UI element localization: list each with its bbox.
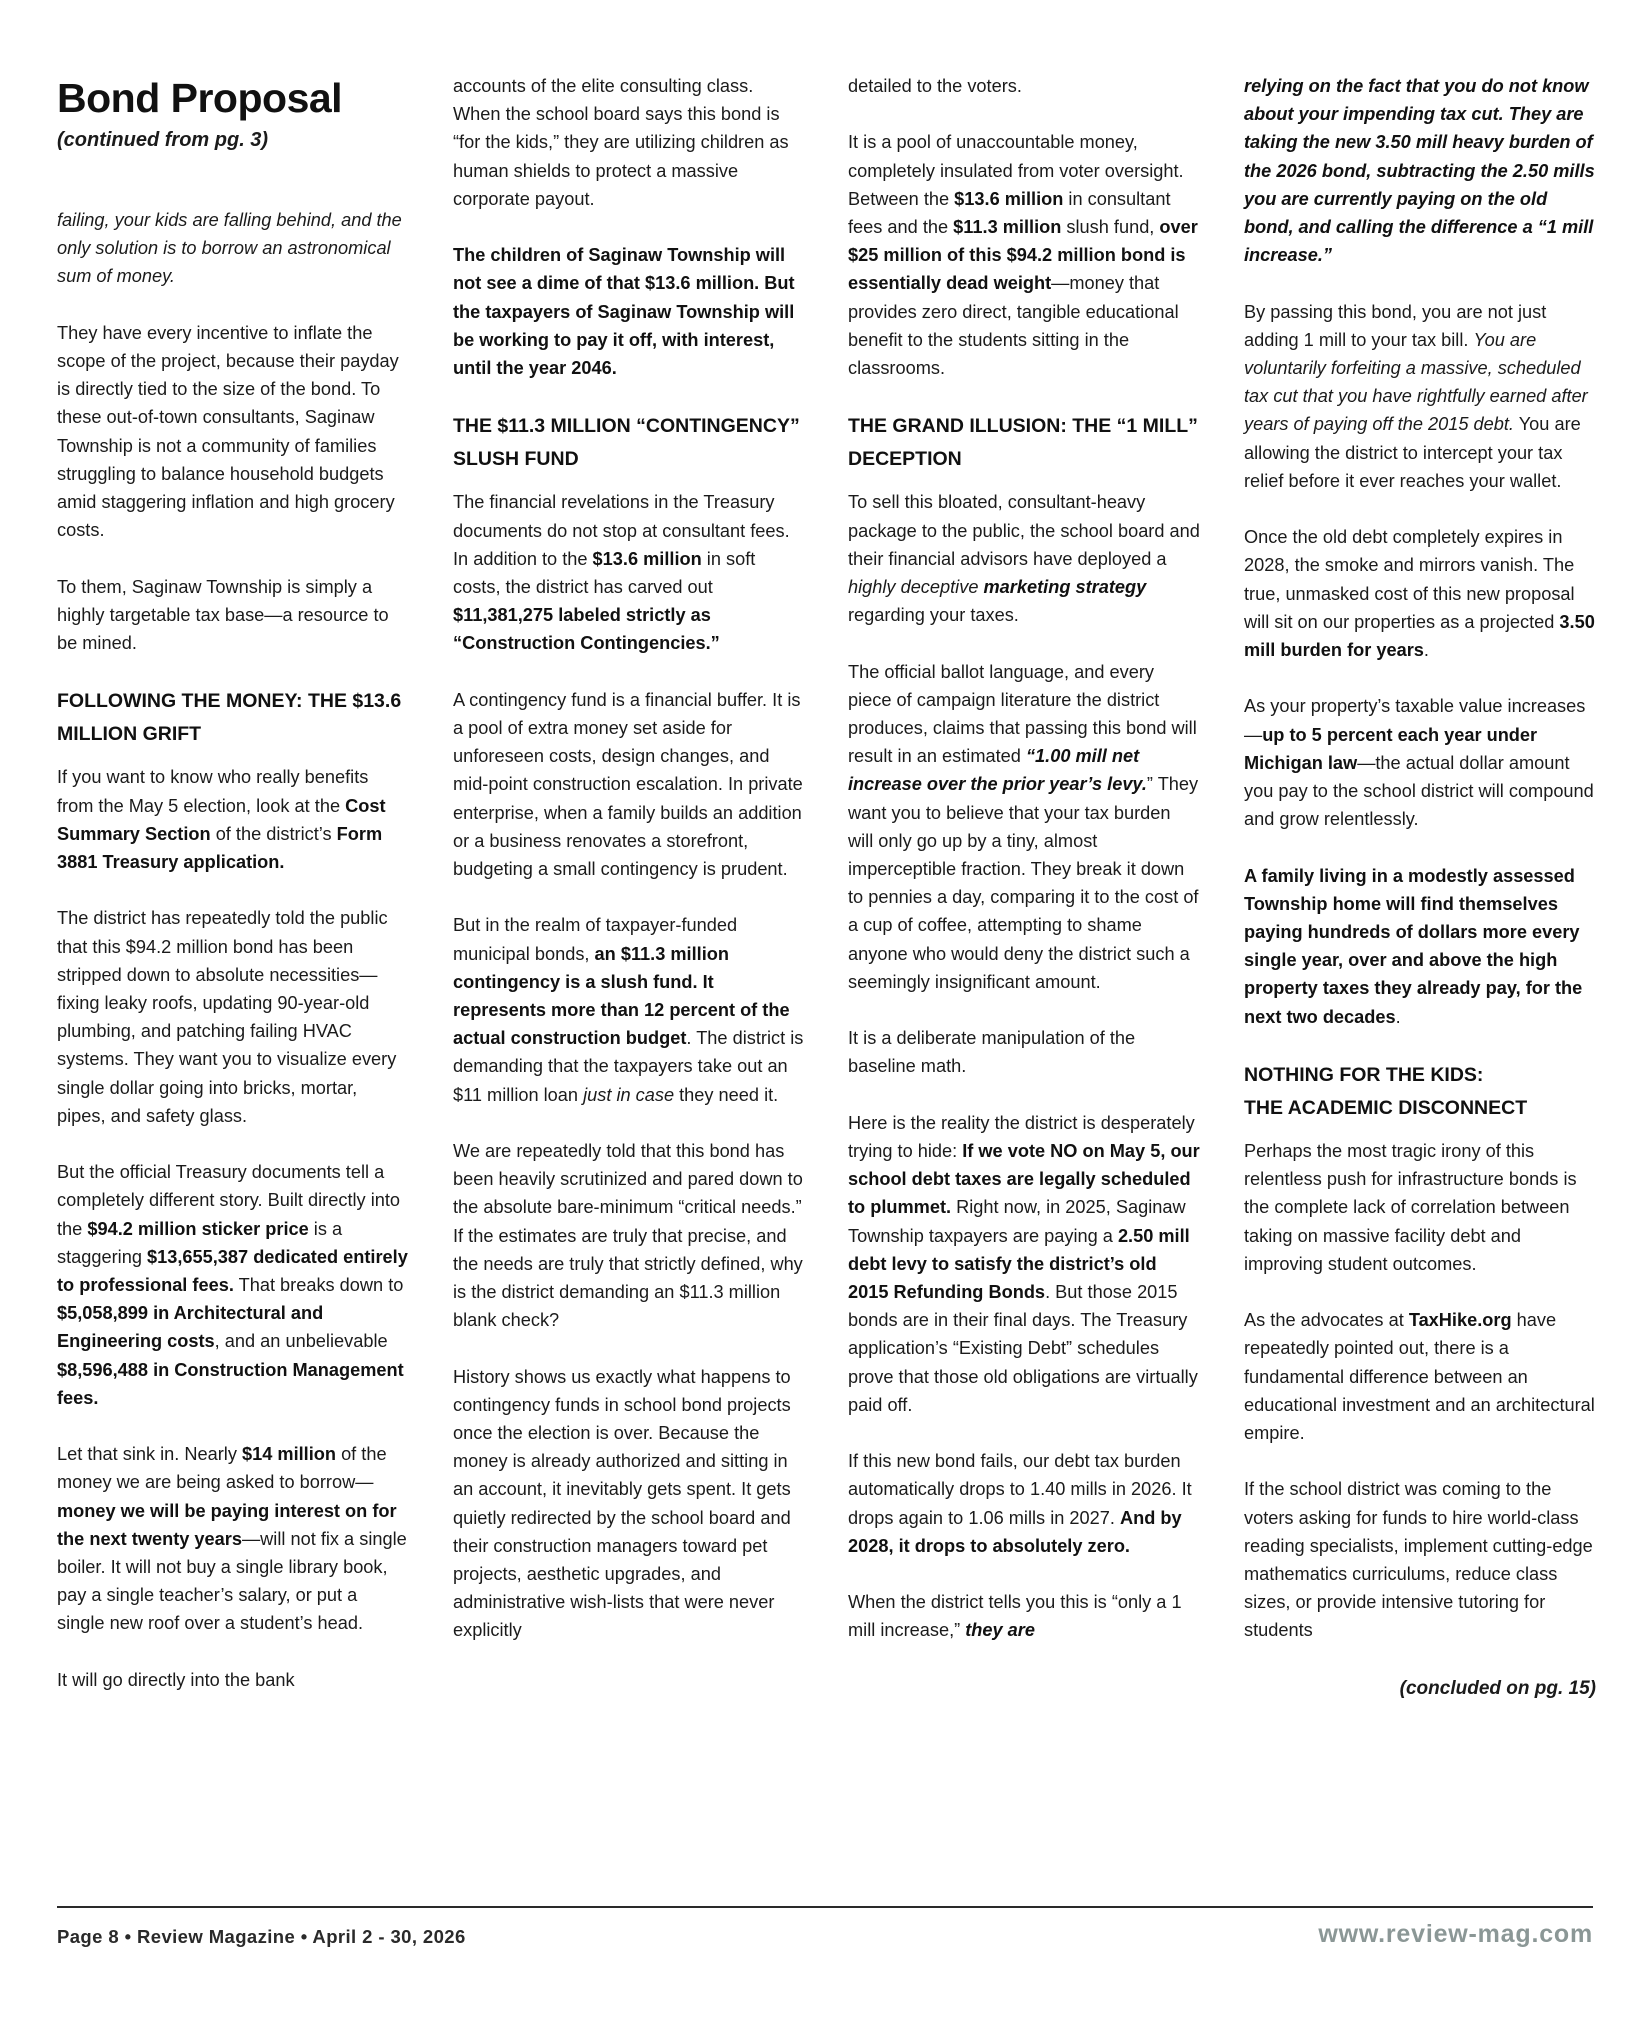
paragraph: To sell this bloated, consultant-heavy p…: [848, 488, 1200, 629]
paragraph: To them, Saginaw Township is simply a hi…: [57, 573, 409, 658]
paragraph: If this new bond fails, our debt tax bur…: [848, 1447, 1200, 1560]
section-heading-nothing-for-the-kids: NOTHING FOR THE KIDS:THE ACADEMIC DISCON…: [1244, 1059, 1596, 1125]
concluded-on-note: (concluded on pg. 15): [1244, 1675, 1596, 1703]
paragraph: relying on the fact that you do not know…: [1244, 72, 1596, 269]
paragraph: It is a deliberate manipulation of the b…: [848, 1024, 1200, 1080]
paragraph: If the school district was coming to the…: [1244, 1475, 1596, 1644]
paragraph: The official ballot language, and every …: [848, 658, 1200, 996]
paragraph: Here is the reality the district is desp…: [848, 1109, 1200, 1419]
paragraph: Let that sink in. Nearly $14 million of …: [57, 1440, 409, 1637]
paragraph: When the district tells you this is “onl…: [848, 1588, 1200, 1644]
paragraph: The children of Saginaw Township will no…: [453, 241, 805, 382]
paragraph: As your property’s taxable value increas…: [1244, 692, 1596, 833]
column-4: relying on the fact that you do not know…: [1244, 72, 1596, 1703]
paragraph: failing, your kids are falling behind, a…: [57, 206, 409, 291]
paragraph: They have every incentive to inflate the…: [57, 319, 409, 545]
section-heading-contingency-slush-fund: THE $11.3 MILLION “CONTINGENCY” SLUSH FU…: [453, 410, 805, 476]
paragraph: It is a pool of unaccountable money, com…: [848, 128, 1200, 382]
section-heading-grand-illusion: THE GRAND ILLUSION: THE “1 MILL” DECEPTI…: [848, 410, 1200, 476]
paragraph: As the advocates at TaxHike.org have rep…: [1244, 1306, 1596, 1447]
paragraph: The district has repeatedly told the pub…: [57, 904, 409, 1130]
paragraph: Once the old debt completely expires in …: [1244, 523, 1596, 664]
article-title: Bond Proposal: [57, 74, 409, 122]
paragraph: The financial revelations in the Treasur…: [453, 488, 805, 657]
paragraph: accounts of the elite consulting class. …: [453, 72, 805, 213]
paragraph: But the official Treasury documents tell…: [57, 1158, 409, 1412]
paragraph: History shows us exactly what happens to…: [453, 1363, 805, 1645]
paragraph: But in the realm of taxpayer-funded muni…: [453, 911, 805, 1108]
footer-page-info: Page 8 • Review Magazine • April 2 - 30,…: [57, 1926, 466, 1948]
paragraph: A family living in a modestly assessed T…: [1244, 862, 1596, 1031]
column-1: Bond Proposal (continued from pg. 3) fai…: [57, 74, 409, 1694]
column-2: accounts of the elite consulting class. …: [453, 72, 805, 1645]
paragraph: If you want to know who really benefits …: [57, 763, 409, 876]
section-heading-following-the-money: FOLLOWING THE MONEY: THE $13.6 MILLION G…: [57, 685, 409, 751]
continued-from-note: (continued from pg. 3): [57, 126, 409, 154]
paragraph: It will go directly into the bank: [57, 1666, 409, 1694]
column-3: detailed to the voters. It is a pool of …: [848, 72, 1200, 1645]
paragraph: detailed to the voters.: [848, 72, 1200, 100]
paragraph: A contingency fund is a financial buffer…: [453, 686, 805, 883]
paragraph: Perhaps the most tragic irony of this re…: [1244, 1137, 1596, 1278]
paragraph: We are repeatedly told that this bond ha…: [453, 1137, 805, 1334]
paragraph: By passing this bond, you are not just a…: [1244, 298, 1596, 495]
footer-website-link[interactable]: www.review-mag.com: [1318, 1920, 1593, 1949]
footer-divider: [57, 1906, 1593, 1908]
